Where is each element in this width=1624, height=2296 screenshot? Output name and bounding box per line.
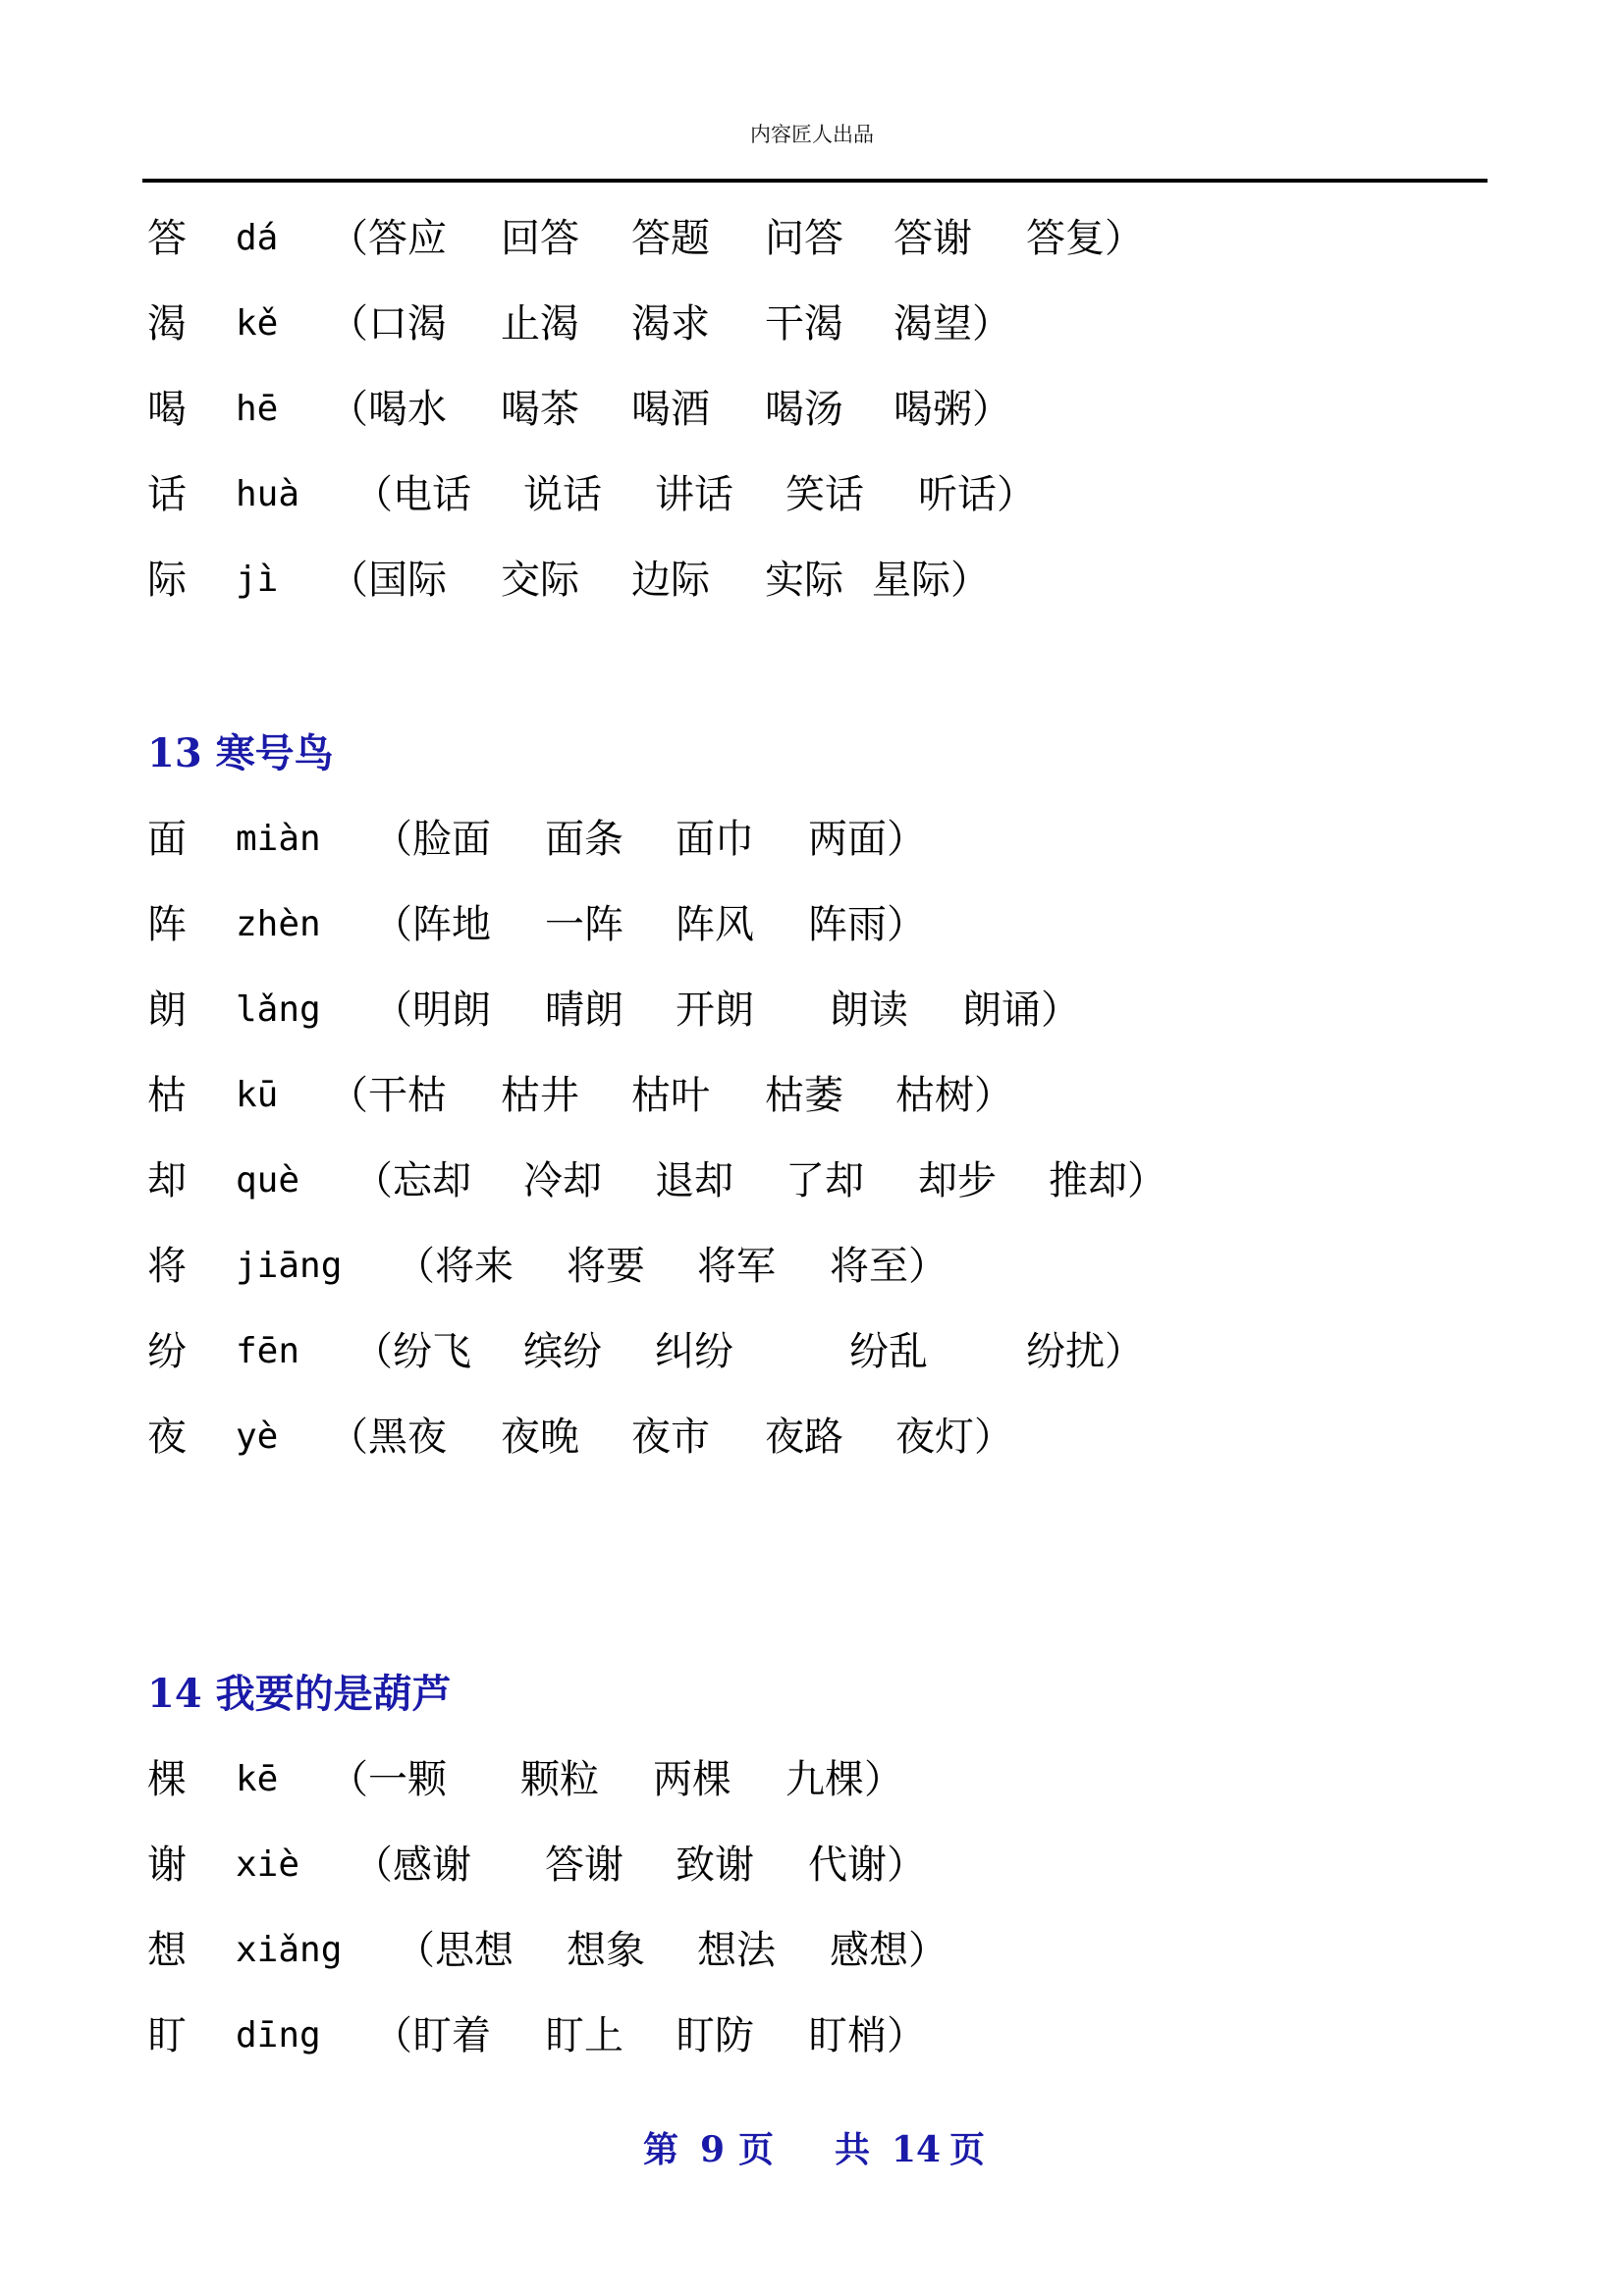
vocab-pinyin: kū: [236, 1066, 278, 1125]
vocab-word: （脸面: [373, 810, 491, 869]
total-label-prefix: 共: [835, 2120, 870, 2179]
vocab-word: 喝茶: [501, 380, 579, 439]
vocab-word: （感谢: [353, 1836, 471, 1895]
vocab-row: 谢 xiè （感谢 答谢 致谢 代谢）: [0, 1836, 1624, 1895]
vocab-char: 棵: [147, 1750, 187, 1809]
vocab-word: 想法: [697, 1921, 776, 1980]
vocab-word: 止渴: [501, 294, 579, 353]
vocab-word: 笑话: [785, 465, 864, 524]
vocab-char: 想: [147, 1921, 187, 1980]
vocab-row: 枯 kū （干枯 枯井 枯叶 枯萎 枯树）: [0, 1066, 1624, 1125]
vocab-row: 棵 kē （一颗 颗粒 两棵 九棵）: [0, 1750, 1624, 1809]
vocab-word: 问答: [765, 209, 843, 268]
vocab-word: 星际）: [872, 551, 990, 610]
vocab-word: 夜市: [631, 1408, 710, 1467]
vocab-word: 喝粥）: [893, 380, 1011, 439]
page-label-suffix: 页: [738, 2120, 774, 2179]
vocab-word: 纷乱: [849, 1322, 928, 1381]
vocab-pinyin: lǎng: [236, 981, 321, 1040]
vocab-row: 纷 fēn （纷飞 缤纷 纠纷 纷乱 纷扰）: [0, 1322, 1624, 1381]
vocab-row: 渴 kě （口渴 止渴 渴求 干渴 渴望）: [0, 294, 1624, 353]
vocab-word: 阵风: [676, 895, 754, 954]
vocab-word: 盯梢）: [808, 2006, 926, 2065]
vocab-word: （干枯: [329, 1066, 447, 1125]
vocab-word: 说话: [523, 465, 602, 524]
page-footer: 第 9 页 共 14 页: [0, 2120, 1624, 2179]
vocab-word: 盯防: [676, 2006, 754, 2065]
vocab-word: （纷飞: [353, 1322, 471, 1381]
vocab-pinyin: dá: [236, 209, 278, 268]
vocab-word: 答谢: [545, 1836, 623, 1895]
vocab-row: 喝 hē （喝水 喝茶 喝酒 喝汤 喝粥）: [0, 380, 1624, 439]
vocab-pinyin: kě: [236, 294, 278, 353]
vocab-char: 话: [147, 465, 187, 524]
vocab-word: 致谢: [676, 1836, 754, 1895]
vocab-word: 颗粒: [520, 1750, 599, 1809]
vocab-word: 两面）: [808, 810, 926, 869]
vocab-word: 了却: [785, 1151, 864, 1210]
vocab-pinyin: hē: [236, 380, 278, 439]
vocab-row: 际 jì （国际 交际 边际 实际 星际）: [0, 551, 1624, 610]
vocab-word: 朗读: [830, 981, 908, 1040]
vocab-word: 开朗: [676, 981, 754, 1040]
vocab-row: 面 miàn （脸面 面条 面巾 两面）: [0, 810, 1624, 869]
vocab-word: 答谢: [893, 209, 972, 268]
vocab-word: （阵地: [373, 895, 491, 954]
vocab-pinyin: xiǎng: [236, 1921, 342, 1980]
header-divider: [142, 179, 1488, 183]
vocab-word: 推却）: [1049, 1151, 1166, 1210]
vocab-word: 冷却: [523, 1151, 602, 1210]
vocab-word: （黑夜: [329, 1408, 447, 1467]
header-title: 内容匠人出品: [0, 119, 1624, 148]
vocab-word: 盯上: [545, 2006, 623, 2065]
vocab-word: （盯着: [373, 2006, 491, 2065]
vocab-row: 答 dá （答应 回答 答题 问答 答谢 答复）: [0, 209, 1624, 268]
vocab-char: 阵: [147, 895, 187, 954]
vocab-row: 夜 yè （黑夜 夜晚 夜市 夜路 夜灯）: [0, 1408, 1624, 1467]
vocab-char: 际: [147, 551, 187, 610]
vocab-pinyin: miàn: [236, 810, 321, 869]
vocab-row: 将 jiāng （将来 将要 将军 将至）: [0, 1237, 1624, 1296]
vocab-char: 谢: [147, 1836, 187, 1895]
vocab-char: 朗: [147, 981, 187, 1040]
page-current: 9: [700, 2120, 725, 2179]
vocab-word: （电话: [353, 465, 471, 524]
vocab-word: 想象: [567, 1921, 645, 1980]
vocab-word: 喝汤: [765, 380, 843, 439]
vocab-word: 枯井: [501, 1066, 579, 1125]
vocab-word: 交际: [501, 551, 579, 610]
vocab-pinyin: zhèn: [236, 895, 321, 954]
vocab-word: 纠纷: [655, 1322, 733, 1381]
vocab-word: 感想）: [830, 1921, 947, 1980]
vocab-word: 实际: [765, 551, 843, 610]
vocab-row: 却 què （忘却 冷却 退却 了却 却步 推却）: [0, 1151, 1624, 1210]
vocab-pinyin: fēn: [236, 1322, 299, 1381]
vocab-word: 退却: [655, 1151, 733, 1210]
vocab-word: （将来: [396, 1237, 514, 1296]
vocab-word: 将至）: [830, 1237, 947, 1296]
vocab-char: 喝: [147, 380, 187, 439]
vocab-row: 朗 lǎng （明朗 晴朗 开朗 朗读 朗诵）: [0, 981, 1624, 1040]
vocab-pinyin: què: [236, 1151, 299, 1210]
vocab-row: 阵 zhèn （阵地 一阵 阵风 阵雨）: [0, 895, 1624, 954]
vocab-word: 干渴: [765, 294, 843, 353]
vocab-word: 两棵: [653, 1750, 731, 1809]
vocab-word: 九棵）: [785, 1750, 903, 1809]
vocab-word: 晴朗: [545, 981, 623, 1040]
vocab-word: 答复）: [1026, 209, 1144, 268]
vocab-word: 阵雨）: [808, 895, 926, 954]
vocab-word: 边际: [631, 551, 710, 610]
vocab-char: 夜: [147, 1408, 187, 1467]
vocab-word: 朗诵）: [962, 981, 1080, 1040]
vocab-word: 一阵: [545, 895, 623, 954]
vocab-word: （思想: [396, 1921, 514, 1980]
vocab-word: 夜晚: [501, 1408, 579, 1467]
page-total: 14: [892, 2120, 941, 2179]
vocab-word: 答题: [631, 209, 710, 268]
vocab-row: 盯 dīng （盯着 盯上 盯防 盯梢）: [0, 2006, 1624, 2065]
vocab-word: 枯萎: [765, 1066, 843, 1125]
vocab-word: 缤纷: [523, 1322, 602, 1381]
vocab-word: 却步: [918, 1151, 997, 1210]
vocab-pinyin: yè: [236, 1408, 278, 1467]
vocab-word: 夜灯）: [895, 1408, 1013, 1467]
vocab-word: 渴望）: [893, 294, 1011, 353]
vocab-word: 代谢）: [808, 1836, 926, 1895]
vocab-word: 面巾: [676, 810, 754, 869]
vocab-word: 将军: [697, 1237, 776, 1296]
vocab-pinyin: huà: [236, 465, 299, 524]
vocab-word: （忘却: [353, 1151, 471, 1210]
vocab-word: （国际: [329, 551, 447, 610]
vocab-char: 答: [147, 209, 187, 268]
vocab-word: 喝酒: [631, 380, 710, 439]
vocab-pinyin: jì: [236, 551, 278, 610]
vocab-row: 想 xiǎng （思想 想象 想法 感想）: [0, 1921, 1624, 1980]
vocab-char: 将: [147, 1237, 187, 1296]
vocab-char: 纷: [147, 1322, 187, 1381]
total-label-suffix: 页: [949, 2120, 985, 2179]
vocab-char: 渴: [147, 294, 187, 353]
vocab-char: 枯: [147, 1066, 187, 1125]
vocab-word: （一颗: [329, 1750, 447, 1809]
vocab-word: 讲话: [655, 465, 733, 524]
vocab-word: 听话）: [918, 465, 1036, 524]
vocab-word: 枯树）: [895, 1066, 1013, 1125]
vocab-word: 回答: [501, 209, 579, 268]
vocab-pinyin: xiè: [236, 1836, 299, 1895]
vocab-word: 夜路: [765, 1408, 843, 1467]
page-label-prefix: 第: [643, 2120, 678, 2179]
vocab-row: 话 huà （电话 说话 讲话 笑话 听话）: [0, 465, 1624, 524]
vocab-char: 盯: [147, 2006, 187, 2065]
section-title: 13 寒号鸟: [147, 724, 334, 783]
vocab-pinyin: jiāng: [236, 1237, 342, 1296]
vocab-word: 枯叶: [631, 1066, 710, 1125]
vocab-word: （喝水: [329, 380, 447, 439]
vocab-word: 面条: [545, 810, 623, 869]
vocab-word: 纷扰）: [1026, 1322, 1144, 1381]
vocab-word: （答应: [329, 209, 447, 268]
section-title: 14 我要的是葫芦: [147, 1665, 452, 1724]
vocab-word: 渴求: [631, 294, 710, 353]
vocab-char: 却: [147, 1151, 187, 1210]
vocab-pinyin: kē: [236, 1750, 278, 1809]
vocab-pinyin: dīng: [236, 2006, 321, 2065]
vocab-word: （口渴: [329, 294, 447, 353]
vocab-char: 面: [147, 810, 187, 869]
vocab-word: 将要: [567, 1237, 645, 1296]
vocab-word: （明朗: [373, 981, 491, 1040]
